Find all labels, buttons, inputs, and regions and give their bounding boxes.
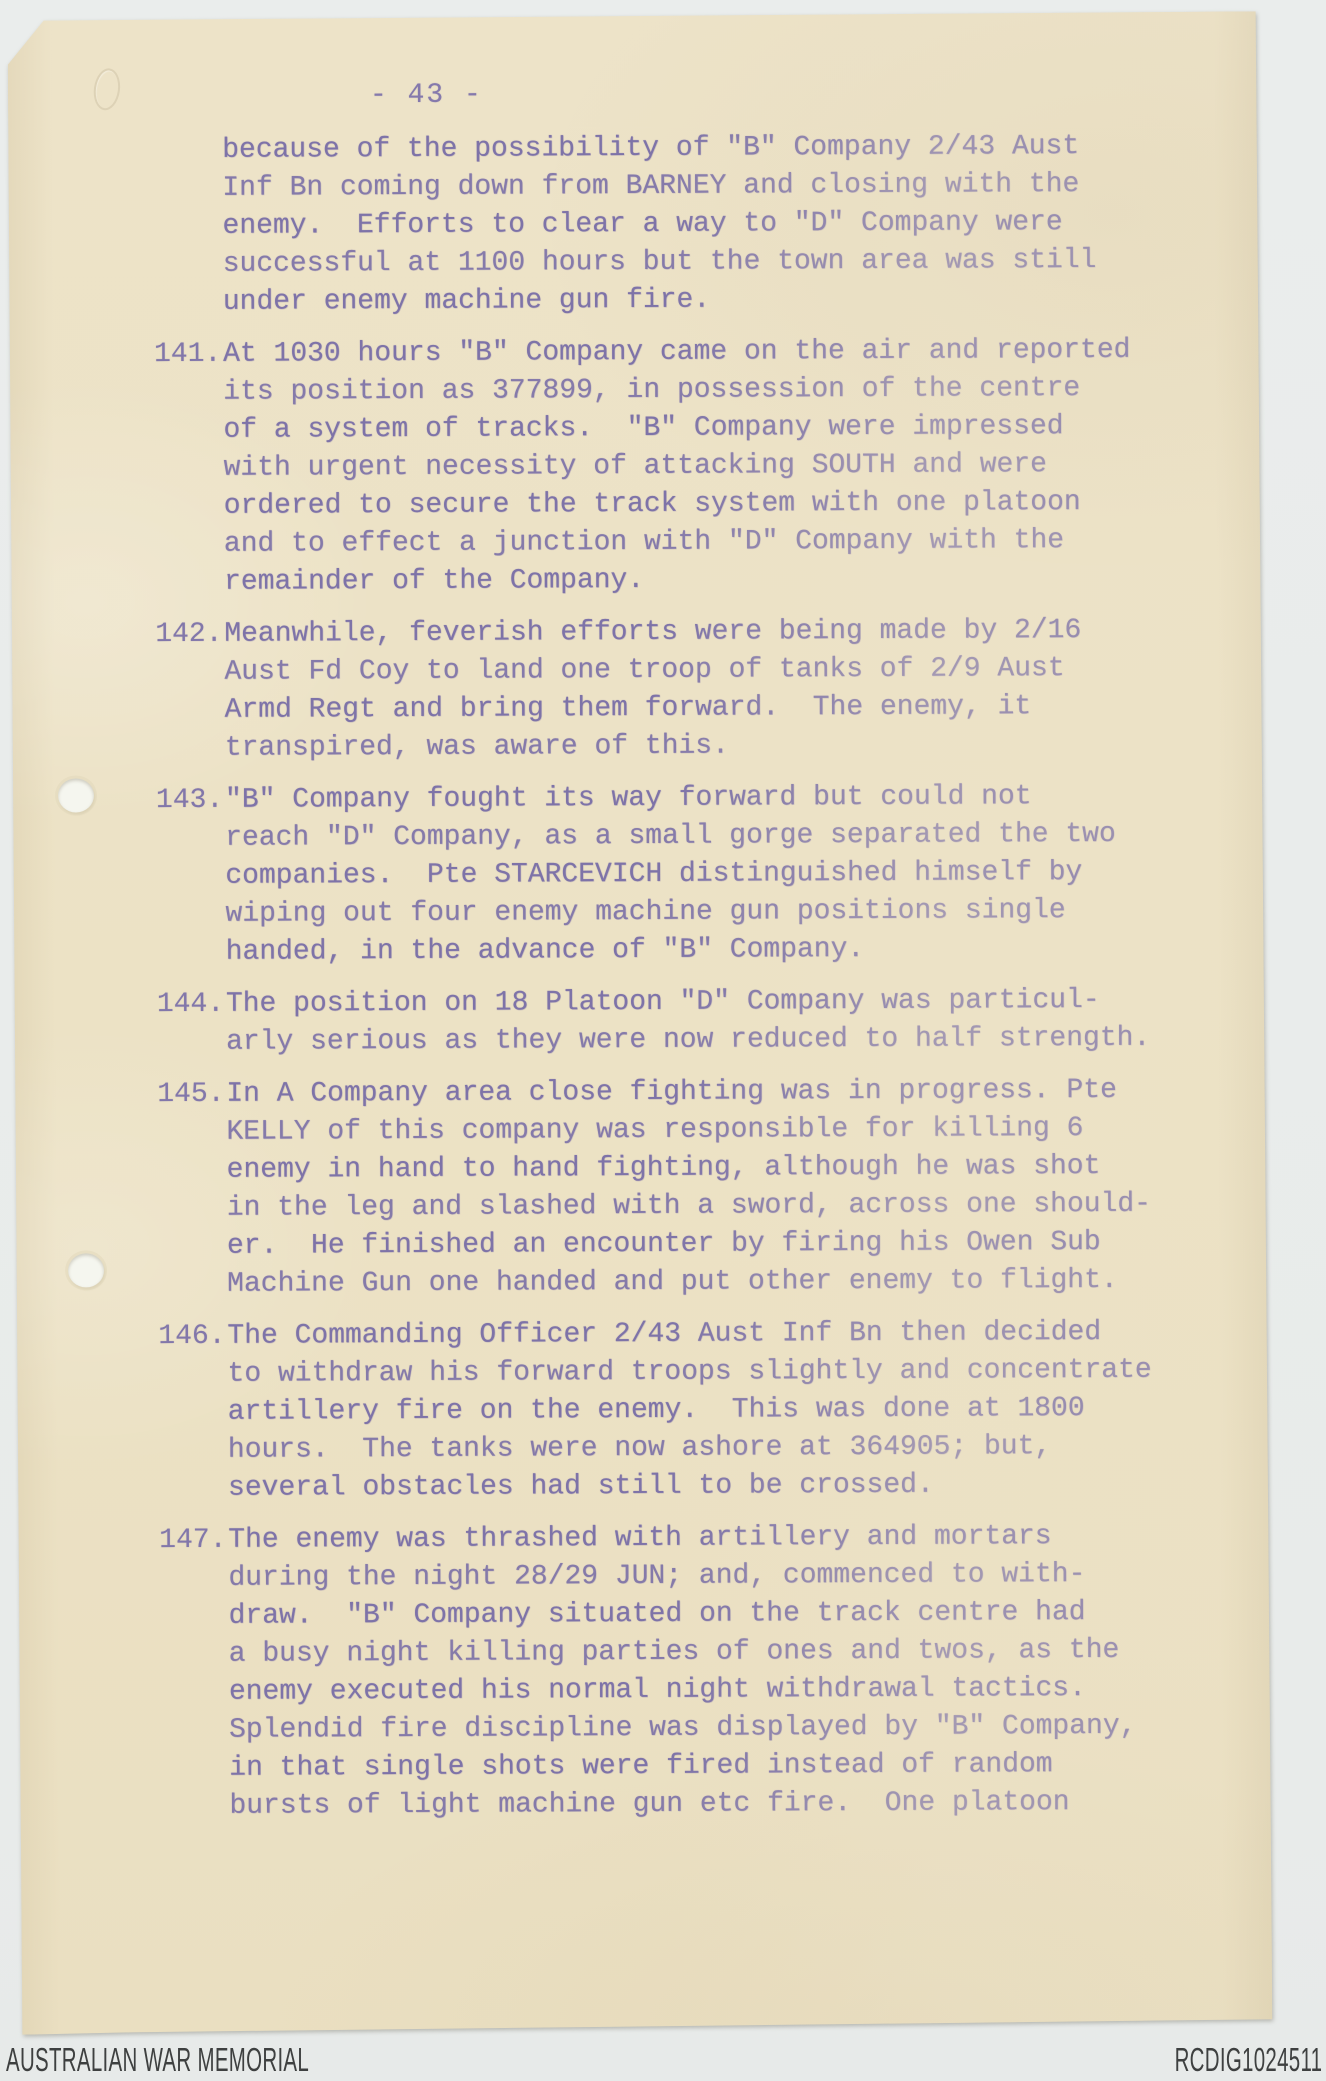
text-line: Machine Gun one handed and put other ene… (227, 1261, 1238, 1303)
text-line: its position as 377899, in possession of… (223, 369, 1234, 411)
paragraph-text: In A Company area close fighting was in … (226, 1071, 1238, 1303)
paragraph-number: 141. (154, 336, 223, 374)
paragraph-text: The Commanding Officer 2/43 Aust Inf Bn … (227, 1313, 1239, 1507)
text-line: Aust Fd Coy to land one troop of tanks o… (224, 649, 1235, 691)
text-line: transpired, was aware of this. (225, 725, 1236, 767)
text-line: In A Company area close fighting was in … (226, 1071, 1237, 1113)
typewritten-text: because of the possibility of "B" Compan… (153, 127, 1240, 1840)
text-line: successful at 1100 hours but the town ar… (223, 241, 1234, 283)
paragraph-number: 143. (156, 782, 225, 820)
text-line: to withdraw his forward troops slightly … (227, 1351, 1238, 1393)
text-line: Splendid fire discipline was displayed b… (229, 1707, 1240, 1749)
text-line: enemy executed his normal night withdraw… (229, 1669, 1240, 1711)
text-line: enemy. Efforts to clear a way to "D" Com… (222, 203, 1233, 245)
text-line: bursts of light machine gun etc fire. On… (229, 1783, 1240, 1825)
text-line: Armd Regt and bring them forward. The en… (225, 687, 1236, 729)
paragraph-number: 145. (157, 1076, 226, 1114)
text-line: reach "D" Company, as a small gorge sepa… (225, 815, 1236, 857)
page-number: - 43 - (370, 77, 483, 115)
text-line: with urgent necessity of attacking SOUTH… (223, 445, 1234, 487)
paragraph: 141.At 1030 hours "B" Company came on th… (154, 331, 1235, 602)
text-line: draw. "B" Company situated on the track … (229, 1593, 1240, 1635)
text-line: because of the possibility of "B" Compan… (222, 127, 1233, 169)
text-line: in the leg and slashed with a sword, acr… (227, 1185, 1238, 1227)
paragraph-text: because of the possibility of "B" Compan… (222, 127, 1234, 321)
paragraph-text: The position on 18 Platoon "D" Company w… (226, 981, 1237, 1061)
paragraph-number: 147. (159, 1522, 228, 1560)
text-line: KELLY of this company was responsible fo… (226, 1109, 1237, 1151)
text-line: er. He finished an encounter by firing h… (227, 1223, 1238, 1265)
paragraph-number: 142. (155, 616, 224, 654)
text-line: artillery fire on the enemy. This was do… (228, 1389, 1239, 1431)
text-line: The position on 18 Platoon "D" Company w… (226, 981, 1237, 1023)
paragraph: because of the possibility of "B" Compan… (153, 127, 1234, 322)
hole-punch-bottom (68, 1253, 104, 1287)
paragraph: 142.Meanwhile, feverish efforts were bei… (155, 611, 1236, 768)
text-line: wiping out four enemy machine gun positi… (225, 891, 1236, 933)
awm-footer-record-id: RCDIG1024511 (1174, 2041, 1322, 2079)
text-line: At 1030 hours "B" Company came on the ai… (223, 331, 1234, 373)
hole-punch-top (58, 778, 94, 812)
text-line: remainder of the Company. (224, 559, 1235, 601)
text-line: of a system of tracks. "B" Company were … (223, 407, 1234, 449)
text-line: several obstacles had still to be crosse… (228, 1465, 1239, 1507)
text-line: under enemy machine gun fire. (223, 279, 1234, 321)
paragraph: 146.The Commanding Officer 2/43 Aust Inf… (158, 1313, 1239, 1508)
paragraph-text: The enemy was thrashed with artillery an… (228, 1517, 1240, 1825)
text-line: hours. The tanks were now ashore at 3649… (228, 1427, 1239, 1469)
paragraph-text: "B" Company fought its way forward but c… (225, 777, 1237, 971)
text-line: a busy night killing parties of ones and… (229, 1631, 1240, 1673)
paragraph: 147.The enemy was thrashed with artiller… (159, 1517, 1240, 1826)
text-line: enemy in hand to hand fighting, although… (227, 1147, 1238, 1189)
document-page: - 43 - because of the possibility of "B"… (8, 11, 1273, 2034)
paragraph-number: 144. (157, 986, 226, 1024)
text-line: arly serious as they were now reduced to… (226, 1019, 1237, 1061)
text-line: and to effect a junction with "D" Compan… (224, 521, 1235, 563)
paragraph: 145.In A Company area close fighting was… (157, 1071, 1238, 1304)
text-line: "B" Company fought its way forward but c… (225, 777, 1236, 819)
paragraph-text: Meanwhile, feverish efforts were being m… (224, 611, 1236, 767)
paragraph-text: At 1030 hours "B" Company came on the ai… (223, 331, 1235, 601)
paragraph: 144.The position on 18 Platoon "D" Compa… (157, 981, 1237, 1062)
text-line: Inf Bn coming down from BARNEY and closi… (222, 165, 1233, 207)
text-line: Meanwhile, feverish efforts were being m… (224, 611, 1235, 653)
text-line: ordered to secure the track system with … (224, 483, 1235, 525)
text-line: during the night 28/29 JUN; and, commenc… (228, 1555, 1239, 1597)
text-line: handed, in the advance of "B" Company. (226, 929, 1237, 971)
text-line: companies. Pte STARCEVICH distinguished … (225, 853, 1236, 895)
text-line: The enemy was thrashed with artillery an… (228, 1517, 1239, 1559)
footer-bar: AUSTRALIAN WAR MEMORIAL RCDIG1024511 (0, 2032, 1326, 2081)
text-line: The Commanding Officer 2/43 Aust Inf Bn … (227, 1313, 1238, 1355)
paragraph: 143."B" Company fought its way forward b… (156, 777, 1237, 972)
awm-footer-title: AUSTRALIAN WAR MEMORIAL (6, 2041, 309, 2079)
paper-wrap: - 43 - because of the possibility of "B"… (12, 14, 1268, 2032)
scan-background: { "document": { "page_number": "- 43 -",… (0, 0, 1326, 2081)
text-line: in that single shots were fired instead … (229, 1745, 1240, 1787)
paragraph-number: 146. (158, 1318, 227, 1356)
embossed-mark (91, 67, 122, 112)
